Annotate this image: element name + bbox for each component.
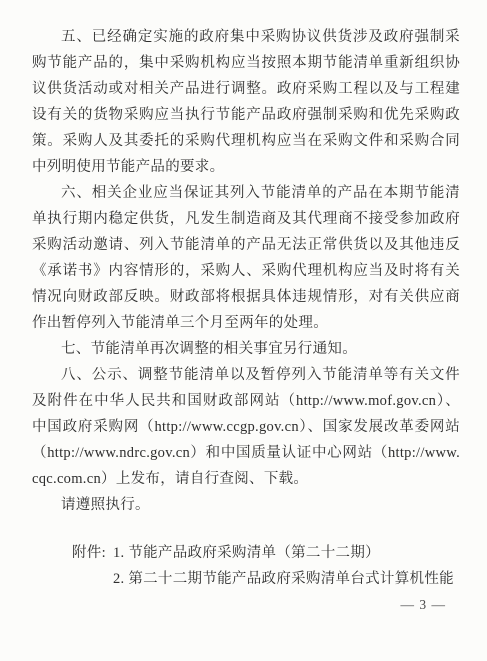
page-number: — 3 —	[32, 594, 460, 616]
closing-instruction: 请遵照执行。	[32, 492, 460, 518]
attachment-item: 1. 节能产品政府采购清单（第二十二期）	[113, 540, 454, 566]
attachments-list: 1. 节能产品政府采购清单（第二十二期） 2. 第二十二期节能产品政府采购清单台…	[113, 540, 454, 592]
paragraph-item-5: 五、已经确定实施的政府集中采购协议供货涉及政府强制采购节能产品的，集中采购机构应…	[32, 24, 460, 180]
paragraph-item-7: 七、节能清单再次调整的相关事宜另行通知。	[32, 336, 460, 362]
document-page: 五、已经确定实施的政府集中采购协议供货涉及政府强制采购节能产品的，集中采购机构应…	[0, 0, 487, 661]
attachments-label: 附件:	[72, 540, 106, 566]
document-body: 五、已经确定实施的政府集中采购协议供货涉及政府强制采购节能产品的，集中采购机构应…	[32, 24, 460, 518]
attachment-item: 2. 第二十二期节能产品政府采购清单台式计算机性能	[113, 566, 454, 592]
paragraph-item-8: 八、公示、调整节能清单以及暂停列入节能清单等有关文件及附件在中华人民共和国财政部…	[32, 362, 460, 492]
paragraph-item-6: 六、相关企业应当保证其列入节能清单的产品在本期节能清单执行期内稳定供货，凡发生制…	[32, 180, 460, 336]
attachments-block: 附件: 1. 节能产品政府采购清单（第二十二期） 2. 第二十二期节能产品政府采…	[72, 540, 460, 592]
